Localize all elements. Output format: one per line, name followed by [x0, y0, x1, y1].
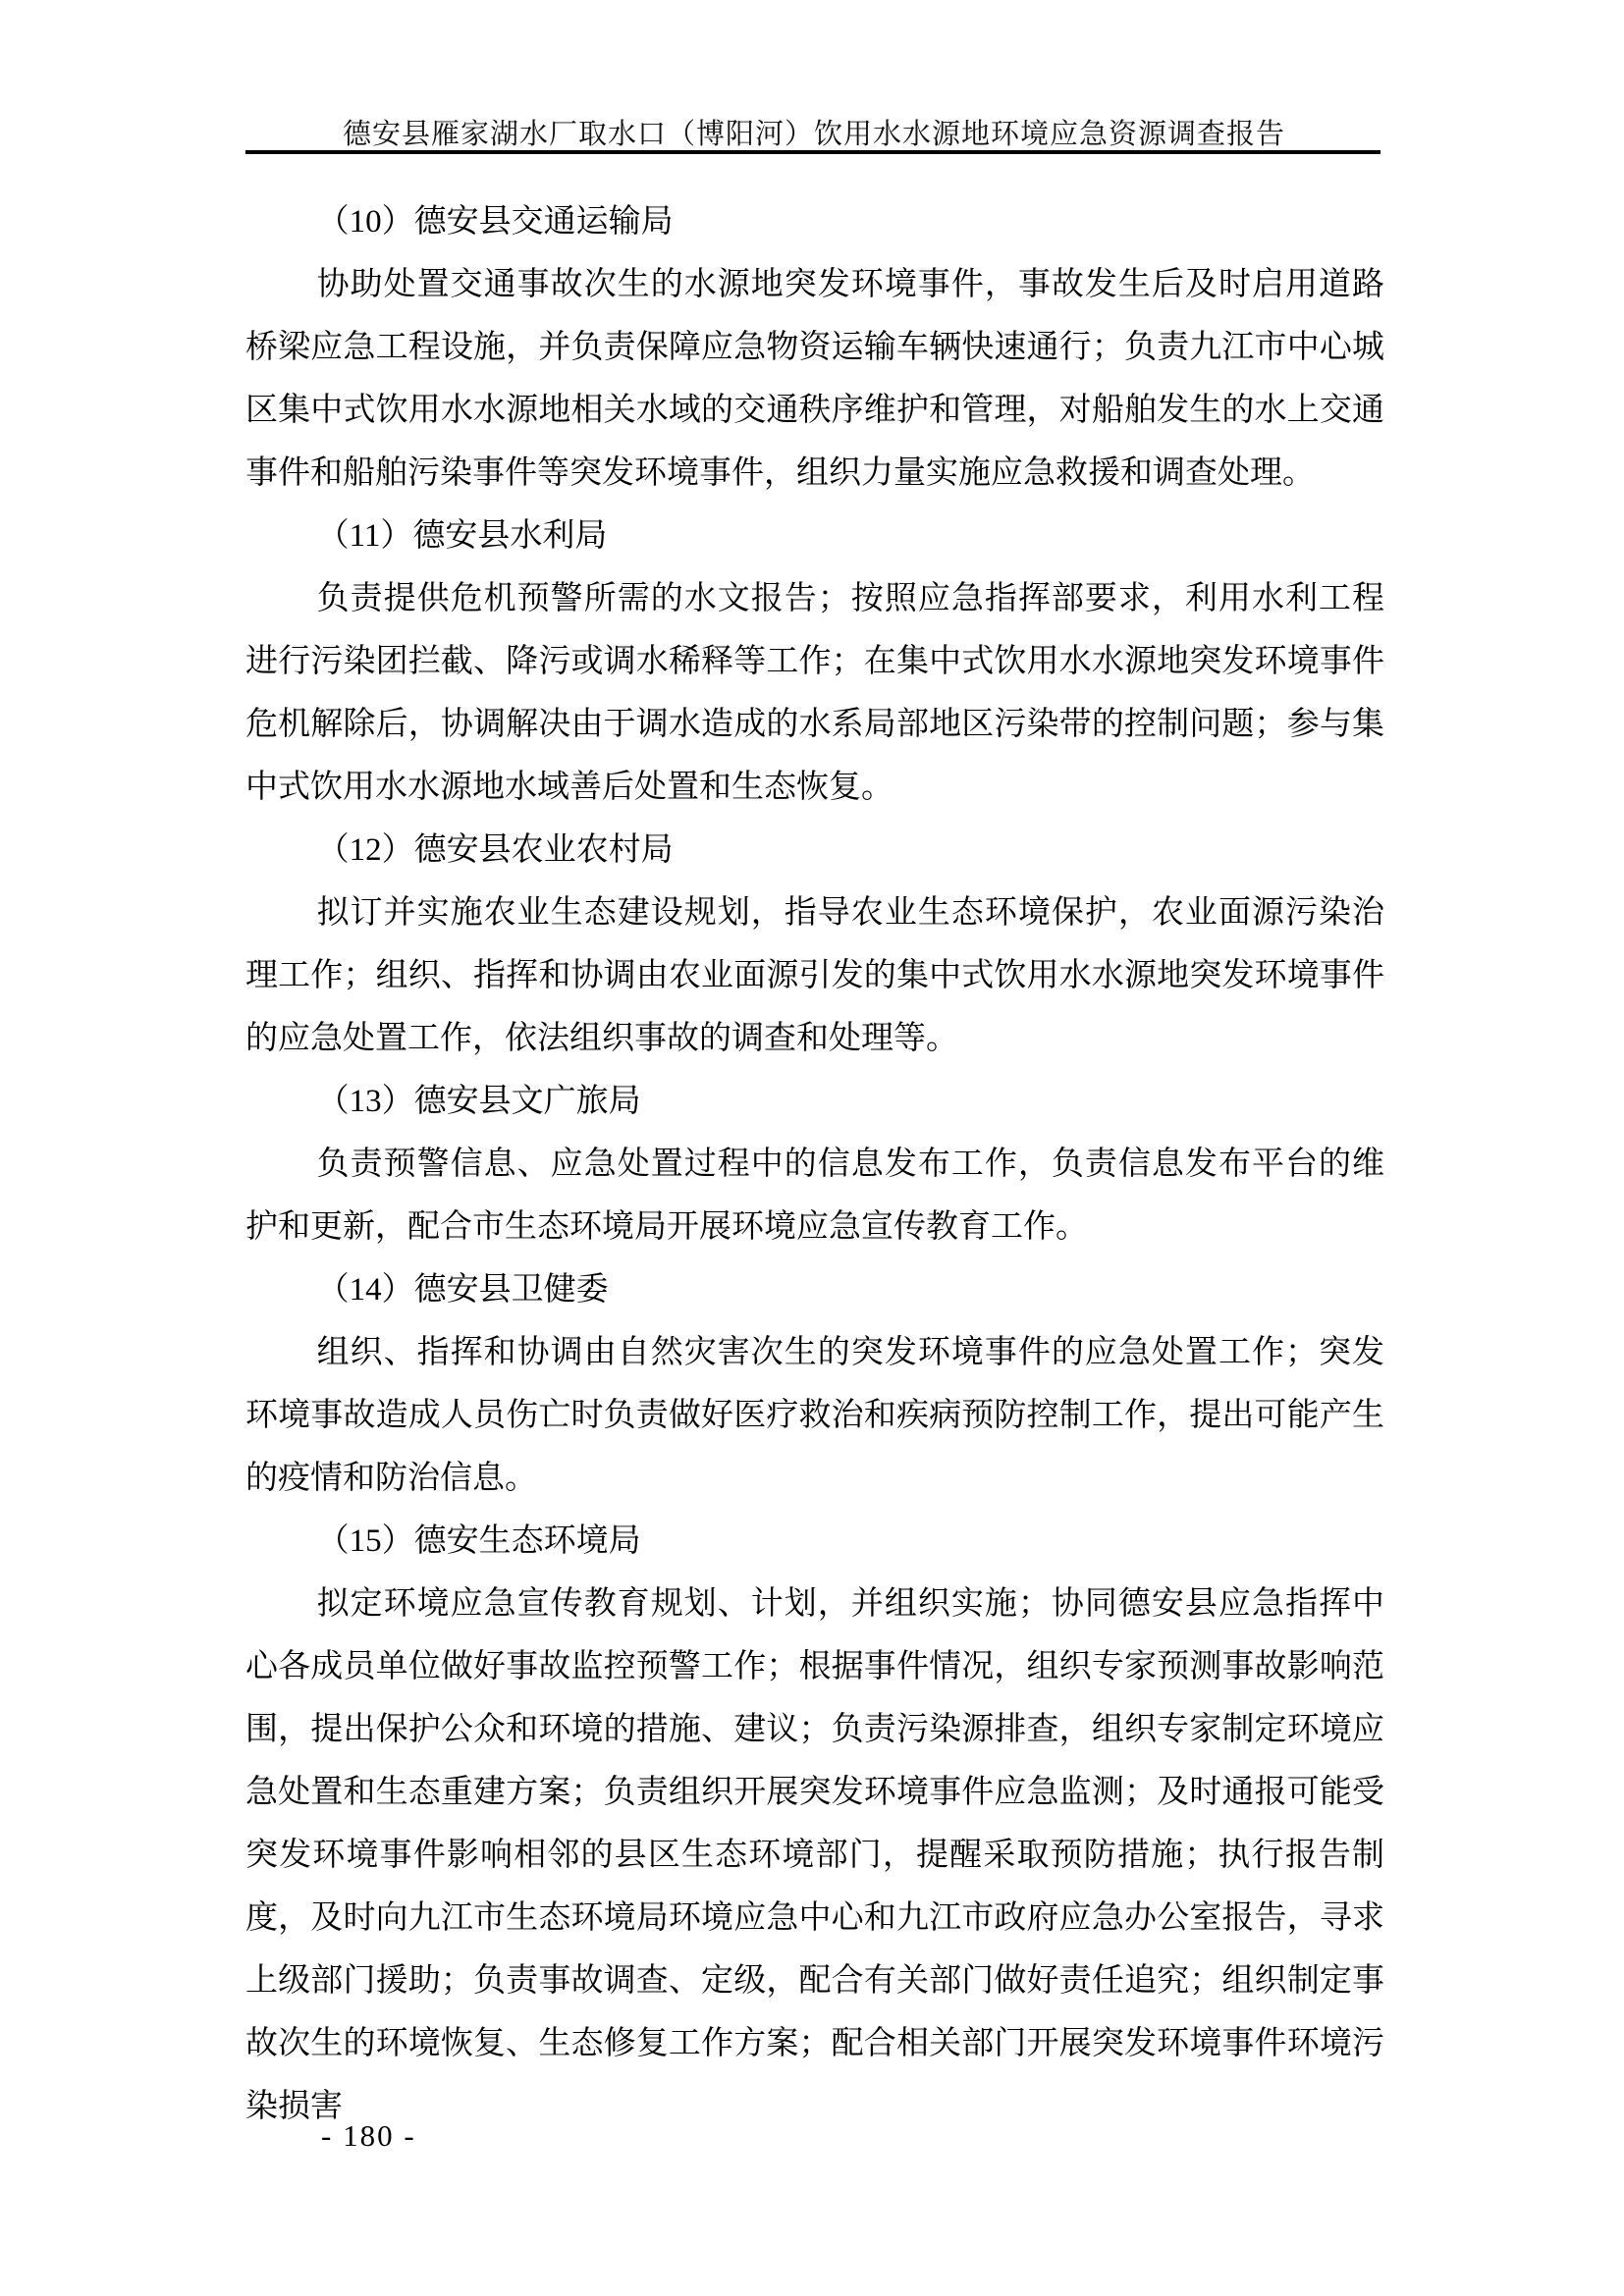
- section-paragraph-14: 组织、指挥和协调由自然灾害次生的突发环境事件的应急处置工作；突发环境事故造成人员…: [245, 1321, 1384, 1510]
- section-title-15: （15）德安生态环境局: [245, 1510, 1384, 1573]
- section-paragraph-15: 拟定环境应急宣传教育规划、计划，并组织实施；协同德安县应急指挥中心各成员单位做好…: [245, 1573, 1384, 2138]
- document-page: 德安县雁家湖水厂取水口（博阳河）饮用水水源地环境应急资源调查报告 （10）德安县…: [0, 0, 1624, 2296]
- page-header-title: 德安县雁家湖水厂取水口（博阳河）饮用水水源地环境应急资源调查报告: [245, 112, 1382, 152]
- document-body: （10）德安县交通运输局 协助处置交通事故次生的水源地突发环境事件，事故发生后及…: [245, 190, 1384, 2138]
- section-title-11: （11）德安县水利局: [245, 505, 1384, 567]
- section-paragraph-11: 负责提供危机预警所需的水文报告；按照应急指挥部要求，利用水利工程进行污染团拦截、…: [245, 567, 1384, 819]
- section-title-14: （14）德安县卫健委: [245, 1258, 1384, 1321]
- header-divider-rule: [245, 150, 1380, 154]
- page-number: - 180 -: [321, 2118, 416, 2154]
- section-paragraph-13: 负责预警信息、应急处置过程中的信息发布工作，负责信息发布平台的维护和更新，配合市…: [245, 1133, 1384, 1258]
- section-paragraph-12: 拟订并实施农业生态建设规划，指导农业生态环境保护，农业面源污染治理工作；组织、指…: [245, 881, 1384, 1070]
- section-paragraph-10: 协助处置交通事故次生的水源地突发环境事件，事故发生后及时启用道路桥梁应急工程设施…: [245, 253, 1384, 505]
- section-title-10: （10）德安县交通运输局: [245, 190, 1384, 253]
- section-title-13: （13）德安县文广旅局: [245, 1070, 1384, 1133]
- section-title-12: （12）德安县农业农村局: [245, 819, 1384, 881]
